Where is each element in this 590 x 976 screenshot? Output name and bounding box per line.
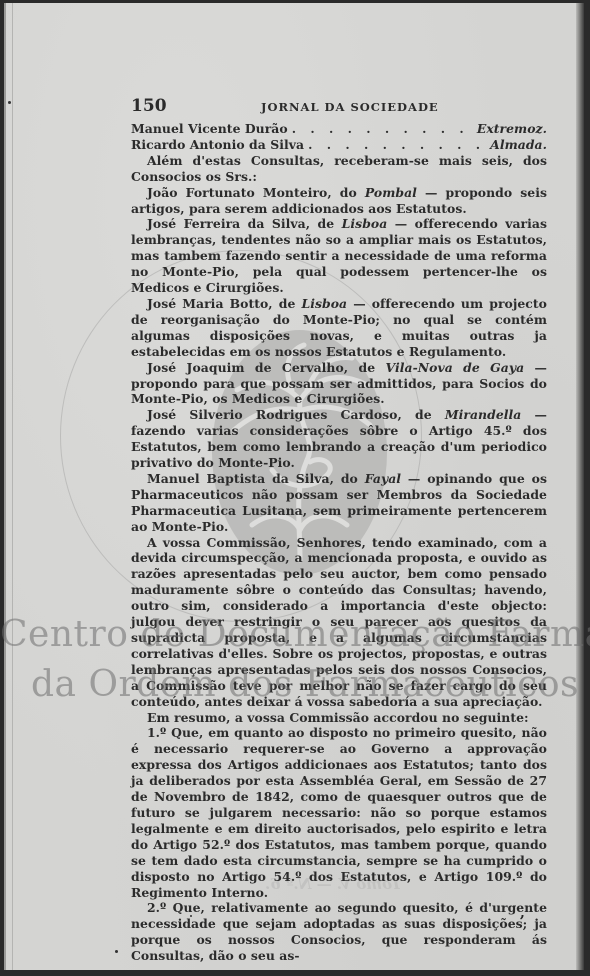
paper-speck [8, 101, 11, 104]
paragraph: Em resumo, a vossa Commissão accordou no… [131, 710, 547, 726]
paragraph-lead: José Maria Botto, de [147, 296, 301, 311]
footer-mark: , [520, 905, 525, 921]
place-name: Mirandella [445, 407, 521, 422]
paper-speck [115, 950, 118, 953]
paragraph: José Maria Botto, de Lisboa — offerecend… [131, 296, 547, 360]
paragraph: José Silverio Rodrigues Cardoso, de Mira… [131, 407, 547, 471]
page-text: 150 JORNAL DA SOCIEDADE Manuel Vicente D… [131, 99, 547, 964]
paragraph: José Joaquim de Cervalho, de Vila-Nova d… [131, 360, 547, 408]
page-edge-shadow [576, 3, 584, 970]
list-item: Manuel Vicente Durão . . . . . . . . . .… [131, 121, 547, 137]
paragraph-lead: João Fortunato Monteiro, do [147, 185, 365, 200]
paragraph: João Fortunato Monteiro, do Pombal — pro… [131, 185, 547, 217]
place-name: Lisboa [301, 296, 347, 311]
paragraph: 1.º Que, em quanto ao disposto no primei… [131, 725, 547, 900]
member-place: Extremoz. [477, 121, 547, 137]
place-name: Lisboa [342, 216, 388, 231]
paragraph-lead: José Ferreira da Silva, de [147, 216, 342, 231]
paragraph: Manuel Baptista da Silva, do Fayal — opi… [131, 471, 547, 535]
paragraph: Além d'estas Consultas, receberam-se mai… [131, 153, 547, 185]
paragraph-lead: José Silverio Rodrigues Cardoso, de [147, 407, 445, 422]
leader-dots: . . . . . . . . . . . . . . . . . . . . … [304, 137, 490, 153]
leader-dots: . . . . . . . . . . . . . . . . . . . . … [288, 121, 477, 137]
place-name: Fayal [365, 471, 401, 486]
place-name: Vila-Nova de Gaya [386, 360, 525, 375]
paragraph: José Ferreira da Silva, de Lisboa — offe… [131, 216, 547, 296]
page-number: 150 [131, 99, 261, 115]
list-item: Ricardo Antonio da Silva . . . . . . . .… [131, 137, 547, 153]
running-head: JORNAL DA SOCIEDADE [261, 100, 439, 116]
member-name: Manuel Vicente Durão [131, 121, 288, 137]
place-name: Pombal [365, 185, 417, 200]
member-name: Ricardo Antonio da Silva [131, 137, 304, 153]
paragraph-lead: José Joaquim de Cervalho, de [147, 360, 386, 375]
page-gutter-line [12, 3, 13, 970]
watermark-line-2: da Ordem dos Farmacêuticos [10, 664, 590, 705]
member-place: Almada. [490, 137, 547, 153]
watermark-line-1: Centro de Documentação Farmacêutica [0, 614, 590, 655]
paragraph-lead: Manuel Baptista da Silva, do [147, 471, 365, 486]
page-header: 150 JORNAL DA SOCIEDADE [131, 99, 547, 121]
paragraph: 2.º Que, relativamente ao segundo quesit… [131, 900, 547, 964]
